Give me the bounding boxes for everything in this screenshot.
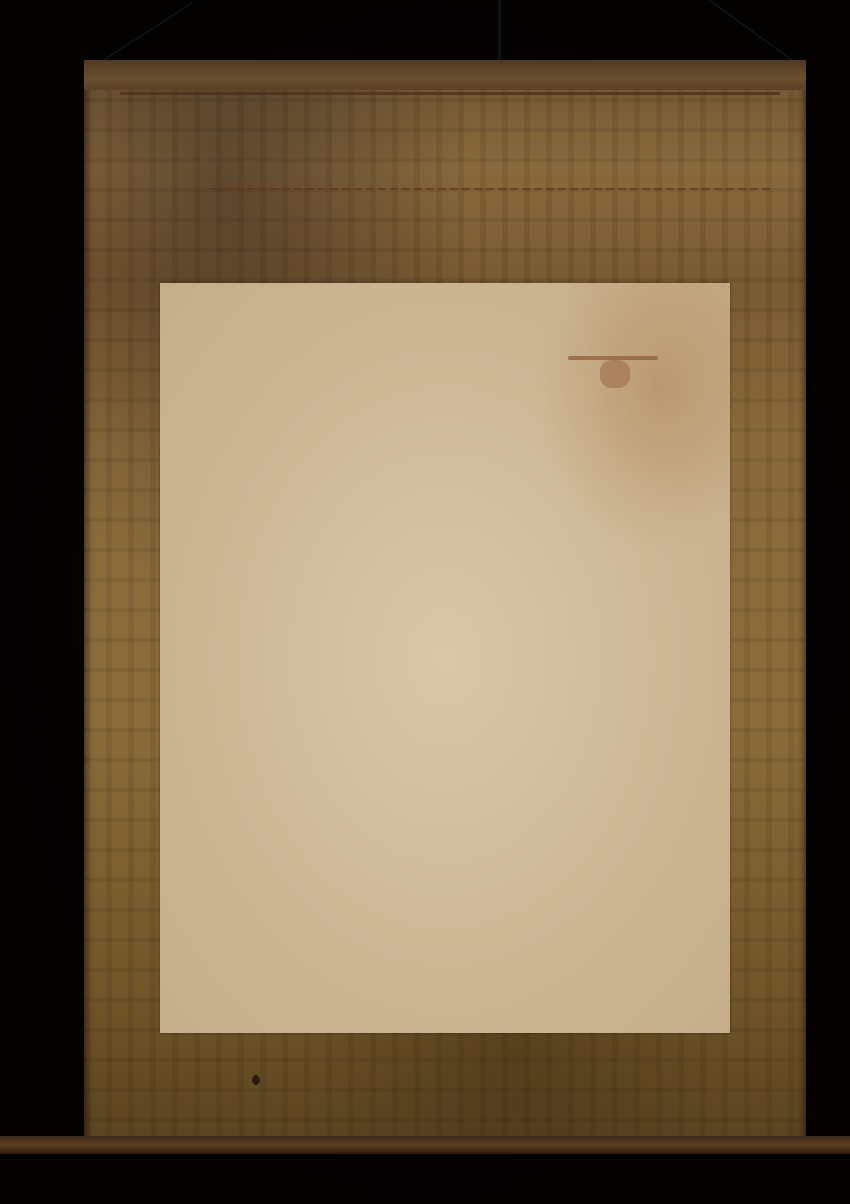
bottom-rod: [0, 1136, 850, 1154]
top-rod-sleeve: [84, 60, 806, 90]
top-seam: [120, 92, 780, 95]
stitch-line: [210, 188, 770, 190]
blank-canvas-panel: [160, 283, 730, 1033]
fabric-spot: [252, 1075, 260, 1085]
stain-mark-drip: [600, 360, 630, 388]
